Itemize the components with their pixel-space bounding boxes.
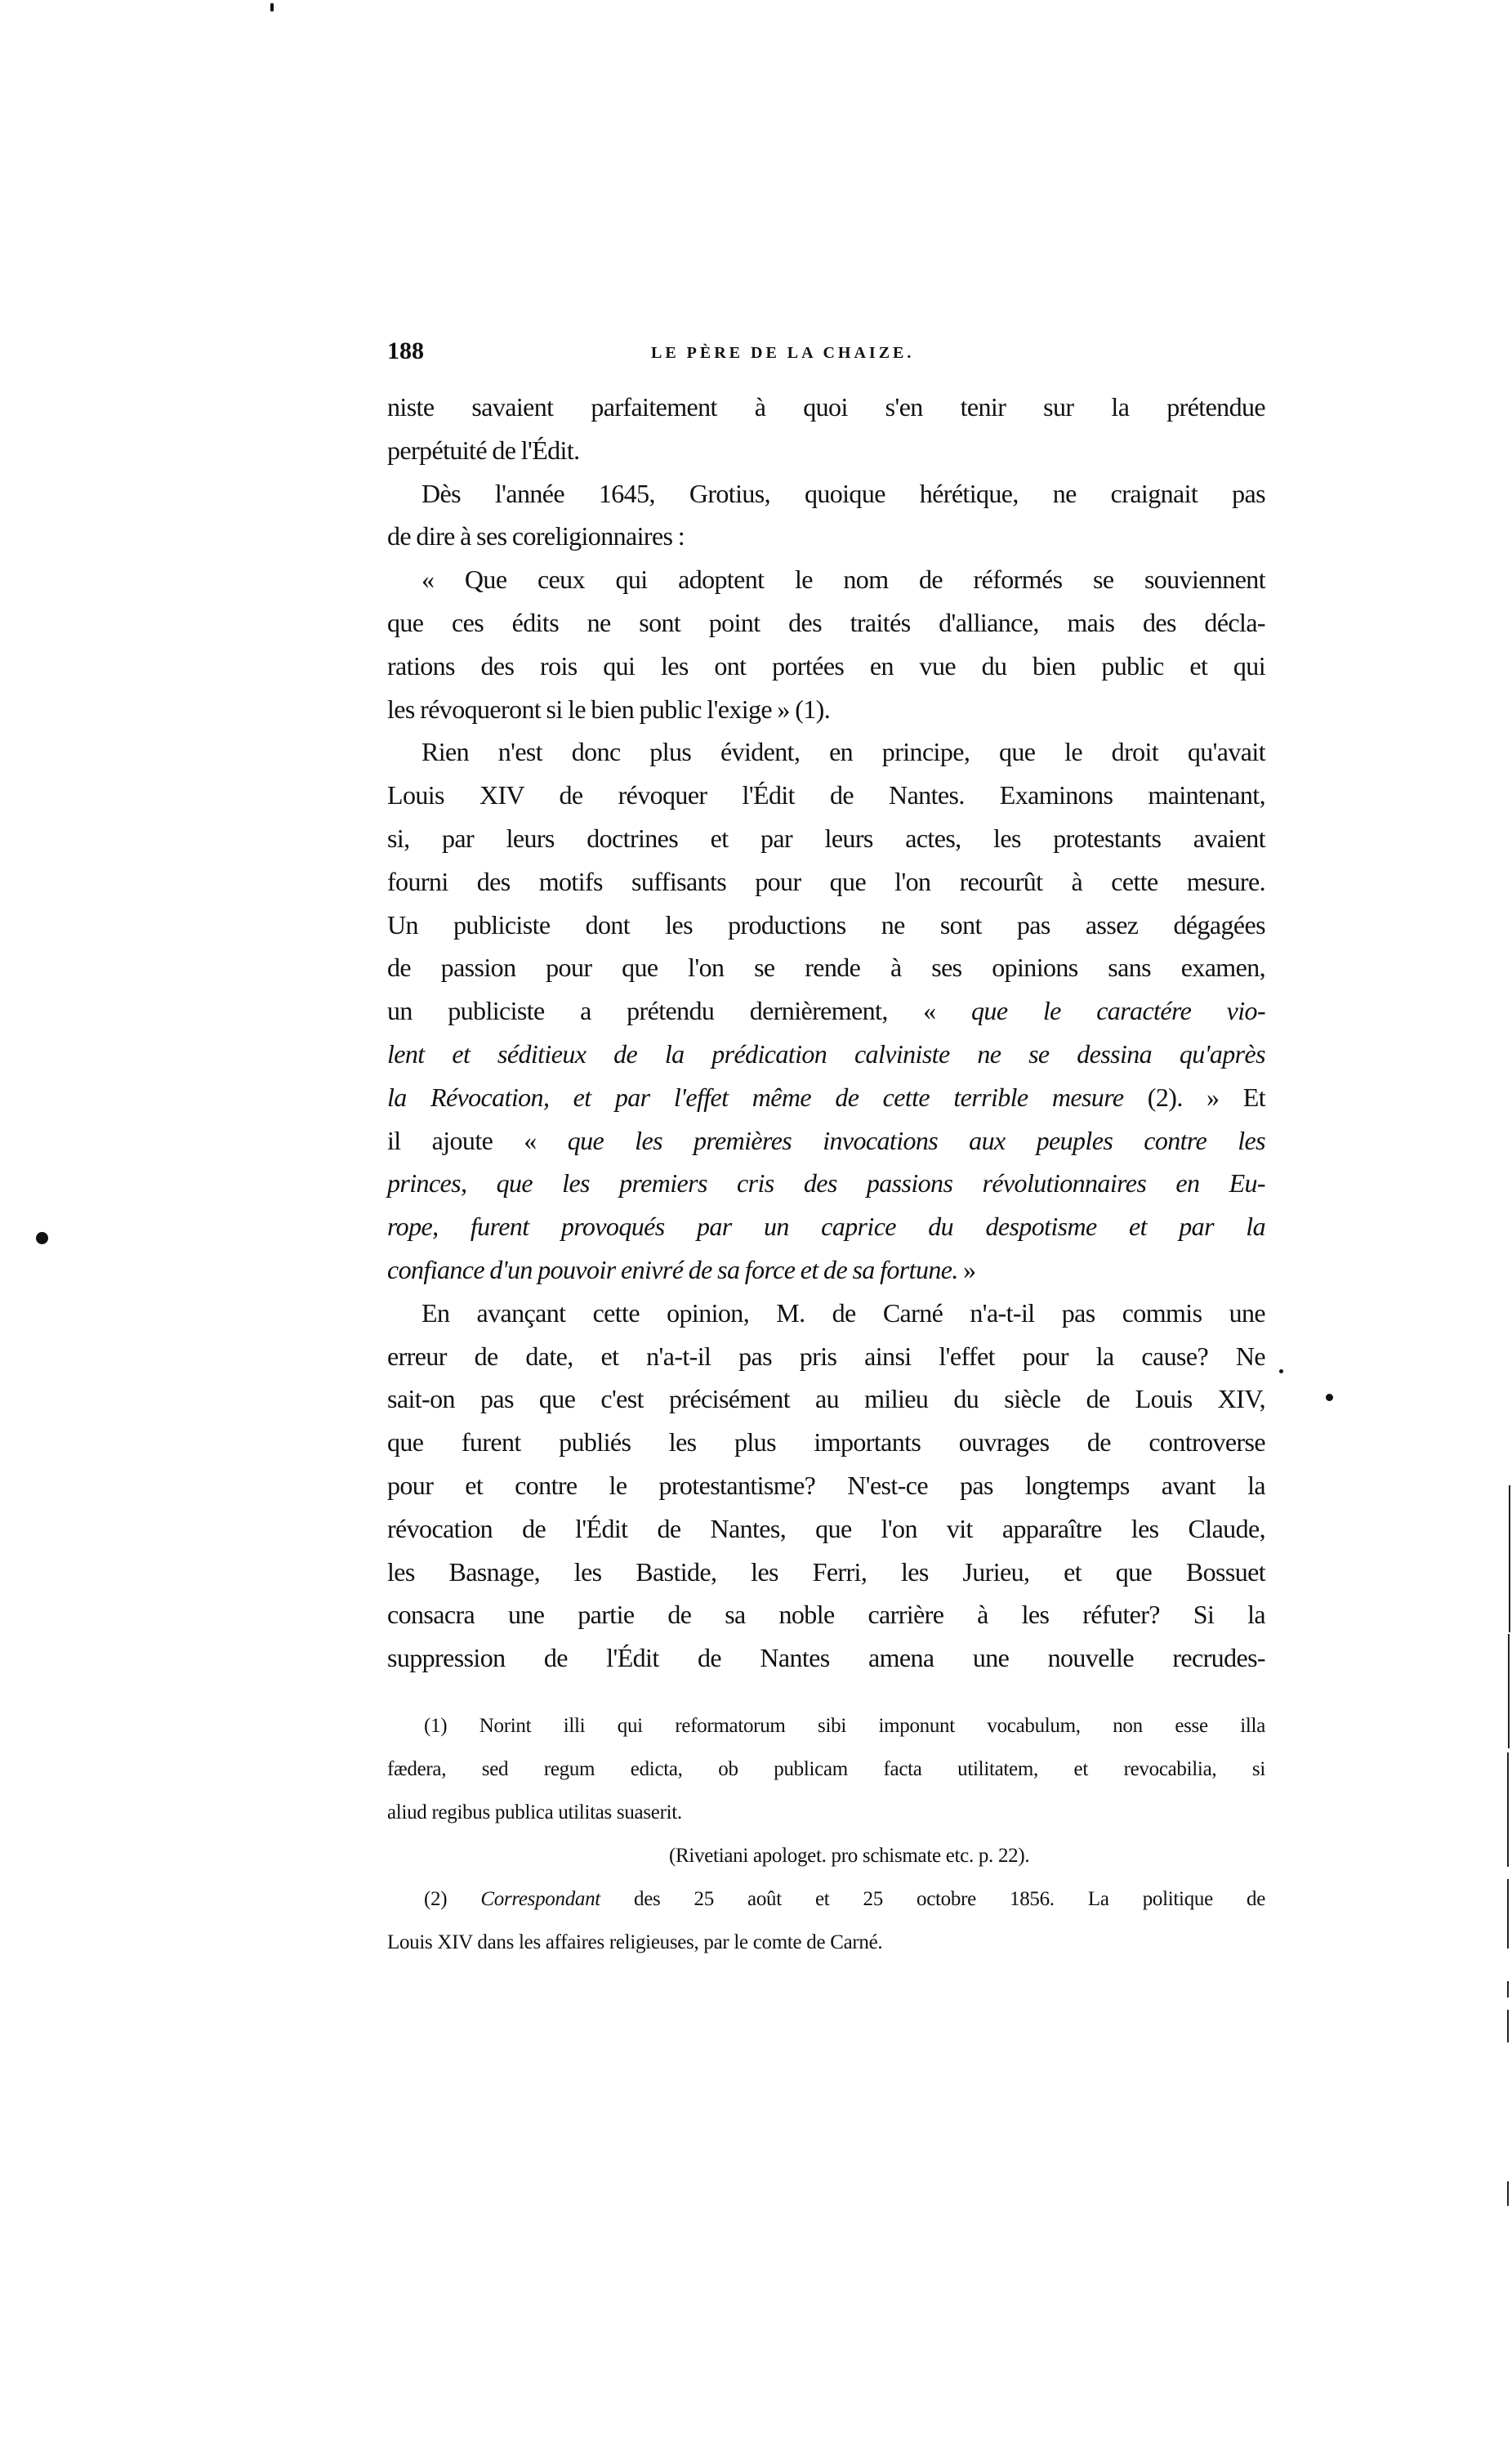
text-line: consacra une partie de sa noble carrière… bbox=[387, 1593, 1265, 1636]
roman-text: » bbox=[958, 1255, 976, 1284]
italic-quote: que le caractére vio- bbox=[971, 996, 1265, 1025]
footnote-1-line: fædera, sed regum edicta, ob publicam fa… bbox=[387, 1748, 1265, 1791]
text-line: perpétuité de l'Édit. bbox=[387, 429, 1265, 472]
italic-quote: confiance d'un pouvoir enivré de sa forc… bbox=[387, 1255, 958, 1284]
roman-text: un publiciste a prétendu dernièrement, « bbox=[387, 996, 971, 1025]
running-title: LE PÈRE DE LA CHAIZE. bbox=[651, 341, 914, 364]
text-line: que furent publiés les plus importants o… bbox=[387, 1421, 1265, 1464]
text-line: erreur de date, et n'a-t-il pas pris ain… bbox=[387, 1335, 1265, 1378]
roman-text: il ajoute « bbox=[387, 1126, 568, 1155]
scan-speck-right-small bbox=[1279, 1369, 1283, 1373]
book-page: 188 LE PÈRE DE LA CHAIZE. niste savaient… bbox=[0, 0, 1512, 2464]
text-line: révocation de l'Édit de Nantes, que l'on… bbox=[387, 1507, 1265, 1551]
scan-speck-top bbox=[270, 3, 274, 11]
paragraph-start-line: Dès l'année 1645, Grotius, quoique hérét… bbox=[387, 472, 1265, 516]
italic-quote: la Révocation, et par l'effet même de ce… bbox=[387, 1082, 1123, 1112]
footnotes: (1) Norint illi qui reformatorum sibi im… bbox=[387, 1704, 1265, 1964]
footnote-2-line: (2) Correspondant des 25 août et 25 octo… bbox=[387, 1877, 1265, 1921]
text-line: pour et contre le protestantisme? N'est-… bbox=[387, 1464, 1265, 1507]
text-line: rations des rois qui les ont portées en … bbox=[387, 645, 1265, 688]
periodical-title: Correspondant bbox=[480, 1888, 600, 1910]
italic-quote: que les premières invocations aux peuple… bbox=[568, 1126, 1265, 1155]
text-line-mixed: confiance d'un pouvoir enivré de sa forc… bbox=[387, 1248, 1265, 1292]
scan-edge-line-4 bbox=[1507, 1879, 1509, 1948]
scan-speck-right bbox=[1326, 1394, 1333, 1401]
text-line-mixed: il ajoute « que les premières invocation… bbox=[387, 1119, 1265, 1163]
roman-text: (2). » Et bbox=[1123, 1082, 1265, 1112]
italic-quote-line: princes, que les premiers cris des passi… bbox=[387, 1162, 1265, 1205]
text-line-mixed: un publiciste a prétendu dernièrement, «… bbox=[387, 989, 1265, 1033]
footnote-marker: (2) bbox=[424, 1888, 480, 1910]
text-line: que ces édits ne sont point des traités … bbox=[387, 601, 1265, 645]
body-text: niste savaient parfaitement à quoi s'en … bbox=[387, 386, 1265, 1680]
footnote-1-line: (1) Norint illi qui reformatorum sibi im… bbox=[387, 1704, 1265, 1748]
paragraph-start-line: En avançant cette opinion, M. de Carné n… bbox=[387, 1292, 1265, 1335]
text-line: sait-on pas que c'est précisément au mil… bbox=[387, 1377, 1265, 1421]
page-number: 188 bbox=[387, 337, 424, 366]
text-line: Louis XIV de révoquer l'Édit de Nantes. … bbox=[387, 774, 1265, 817]
footnote-2-line: Louis XIV dans les affaires religieuses,… bbox=[387, 1921, 1265, 1964]
text-line: les Basnage, les Bastide, les Ferri, les… bbox=[387, 1551, 1265, 1594]
text-line: les révoqueront si le bien public l'exig… bbox=[387, 688, 1265, 731]
footnote-1-citation: (Rivetiani apologet. pro schismate etc. … bbox=[387, 1834, 1265, 1877]
paragraph-start-line: Rien n'est donc plus évident, en princip… bbox=[387, 730, 1265, 774]
scan-edge-line-3 bbox=[1507, 1752, 1509, 1867]
scan-edge-line-6 bbox=[1507, 2010, 1509, 2042]
text-line: de passion pour que l'on se rende à ses … bbox=[387, 946, 1265, 989]
scan-edge-line-1 bbox=[1509, 1485, 1510, 1632]
scan-edge-line-7 bbox=[1507, 2181, 1509, 2206]
running-head: 188 LE PÈRE DE LA CHAIZE. bbox=[387, 337, 1265, 366]
scan-speck-left bbox=[36, 1232, 48, 1244]
text-line: si, par leurs doctrines et par leurs act… bbox=[387, 817, 1265, 860]
quotation-start-line: « Que ceux qui adoptent le nom de réform… bbox=[387, 558, 1265, 601]
italic-quote-line: rope, furent provoqués par un caprice du… bbox=[387, 1205, 1265, 1248]
text-line: Un publiciste dont les productions ne so… bbox=[387, 904, 1265, 947]
text-line: de dire à ses coreligionnaires : bbox=[387, 515, 1265, 558]
scan-edge-line-5 bbox=[1507, 1981, 1509, 1998]
text-line-mixed: la Révocation, et par l'effet même de ce… bbox=[387, 1076, 1265, 1119]
footnote-text: des 25 août et 25 octobre 1856. La polit… bbox=[600, 1888, 1265, 1910]
text-line: fourni des motifs suffisants pour que l'… bbox=[387, 860, 1265, 904]
text-line: suppression de l'Édit de Nantes amena un… bbox=[387, 1636, 1265, 1680]
scan-edge-line-2 bbox=[1508, 1634, 1510, 1748]
text-line: niste savaient parfaitement à quoi s'en … bbox=[387, 386, 1265, 429]
footnote-1-line: aliud regibus publica utilitas suaserit. bbox=[387, 1791, 1265, 1834]
italic-quote-line: lent et séditieux de la prédication calv… bbox=[387, 1033, 1265, 1076]
